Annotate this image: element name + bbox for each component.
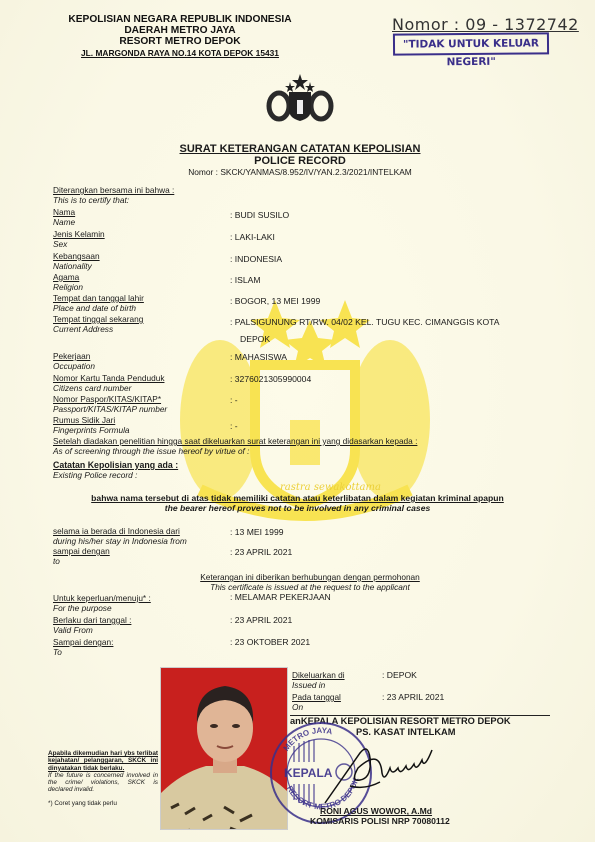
record-statement-id: bahwa nama tersebut di atas tidak memili… — [0, 493, 595, 503]
header-line1: KEPOLISIAN NEGARA REPUBLIK INDONESIA — [65, 14, 295, 25]
stay-to-label: sampai denganto — [53, 547, 110, 566]
document-title: SURAT KETERANGAN CATATAN KEPOLISIAN POLI… — [120, 143, 480, 178]
header-line3: RESORT METRO DEPOK — [65, 36, 295, 47]
purpose-label: Untuk keperluan/menuju* :For the purpose — [53, 594, 151, 613]
field-sex-value: : LAKI-LAKI — [230, 232, 275, 243]
field-sex-label: Jenis KelaminSex — [53, 230, 105, 249]
request-text: Keterangan ini diberikan berhubungan den… — [170, 573, 450, 592]
intro-label: Diterangkan bersama ini bahwa : This is … — [53, 186, 174, 205]
field-religion-value: : ISLAM — [230, 275, 261, 286]
issued-in-value: : DEPOK — [382, 670, 417, 681]
field-fingerprint-label: Rumus Sidik JariFingerprints Formula — [53, 416, 130, 435]
header-line2: DAERAH METRO JAYA — [65, 25, 295, 36]
note-english: If the future is concerned involved in t… — [48, 772, 158, 794]
issued-on-value: : 23 APRIL 2021 — [382, 692, 444, 703]
field-birth-value: : BOGOR, 13 MEI 1999 — [230, 296, 320, 307]
title-indonesian: SURAT KETERANGAN CATATAN KEPOLISIAN — [120, 143, 480, 155]
signatory-block: RONI AGUS WOWOR, A.Md KOMISARIS POLISI N… — [310, 806, 450, 826]
police-record-document: rastra sewakottama KEPOLISIAN NEGARA REP… — [0, 0, 595, 842]
field-passport-value: : - — [230, 395, 238, 406]
serial-number: Nomor : 09 - 1372742 — [392, 15, 579, 34]
svg-text:rastra sewakottama: rastra sewakottama — [280, 482, 381, 493]
field-id-card-label: Nomor Kartu Tanda PendudukCitizens card … — [53, 374, 164, 393]
field-occupation-value: : MAHASISWA — [230, 352, 287, 363]
handwritten-signature — [320, 738, 480, 808]
issuer-header: KEPOLISIAN NEGARA REPUBLIK INDONESIA DAE… — [65, 14, 295, 59]
valid-from-value: : 23 APRIL 2021 — [230, 615, 292, 626]
field-fingerprint-value: : - — [230, 421, 238, 432]
valid-from-label: Berlaku dari tanggal :Valid From — [53, 616, 131, 635]
police-record-label: Catatan Kepolisian yang ada :Existing Po… — [53, 461, 178, 480]
header-address: JL. MARGONDA RAYA NO.14 KOTA DEPOK 15431 — [65, 48, 295, 59]
document-number: Nomor : SKCK/YANMAS/8.952/IV/YAN.2.3/202… — [120, 167, 480, 178]
police-emblem-icon — [265, 72, 335, 122]
field-name-label: NamaName — [53, 208, 75, 227]
signatory-rank: KOMISARIS POLISI NRP 70080112 — [310, 816, 450, 826]
field-nationality-value: : INDONESIA — [230, 254, 282, 265]
stay-from-value: : 13 MEI 1999 — [230, 527, 284, 538]
field-nationality-label: KebangsaanNationality — [53, 252, 100, 271]
field-address-value: : PALSIGUNUNG RT/RW. 04/02 KEL. TUGU KEC… — [230, 317, 500, 328]
field-address-label: Tempat tinggal sekarangCurrent Address — [53, 315, 143, 334]
record-statement: bahwa nama tersebut di atas tidak memili… — [0, 493, 595, 513]
validity-note: Apabila dikemudian hari ybs terlibat kej… — [48, 750, 158, 807]
field-id-card-value: : 3276021305990004 — [230, 374, 311, 385]
valid-to-label: Sampai dengan:To — [53, 638, 113, 657]
not-for-abroad-stamp: "TIDAK UNTUK KELUAR NEGERI" — [393, 32, 549, 55]
note-indonesian: Apabila dikemudian hari ybs terlibat kej… — [48, 750, 158, 772]
valid-to-value: : 23 OKTOBER 2021 — [230, 637, 310, 648]
field-address-value-line2: DEPOK — [240, 334, 270, 345]
issued-in-label: Dikeluarkan diIssued in — [292, 671, 345, 690]
purpose-value: : MELAMAR PEKERJAAN — [230, 592, 331, 603]
note-footnote: *) Coret yang tidak perlu — [48, 800, 158, 807]
signatory-name: RONI AGUS WOWOR, A.Md — [310, 806, 450, 816]
field-occupation-label: PekerjaanOccupation — [53, 352, 95, 371]
field-birth-label: Tempat dan tanggal lahirPlace and date o… — [53, 294, 144, 313]
field-name-value: : BUDI SUSILO — [230, 210, 289, 221]
record-statement-en: the bearer hereof proves not to be invol… — [0, 503, 595, 513]
field-passport-label: Nomor Paspor/KITAS/KITAP*Passport/KITAS/… — [53, 395, 167, 414]
issued-on-label: Pada tanggalOn — [292, 693, 341, 712]
title-english: POLICE RECORD — [120, 155, 480, 167]
stay-from-label: selama ia berada di Indonesia dariduring… — [53, 527, 187, 546]
field-religion-label: AgamaReligion — [53, 273, 83, 292]
stay-to-value: : 23 APRIL 2021 — [230, 547, 292, 558]
screening-text: Setelah diadakan penelitian hingga saat … — [53, 437, 417, 456]
